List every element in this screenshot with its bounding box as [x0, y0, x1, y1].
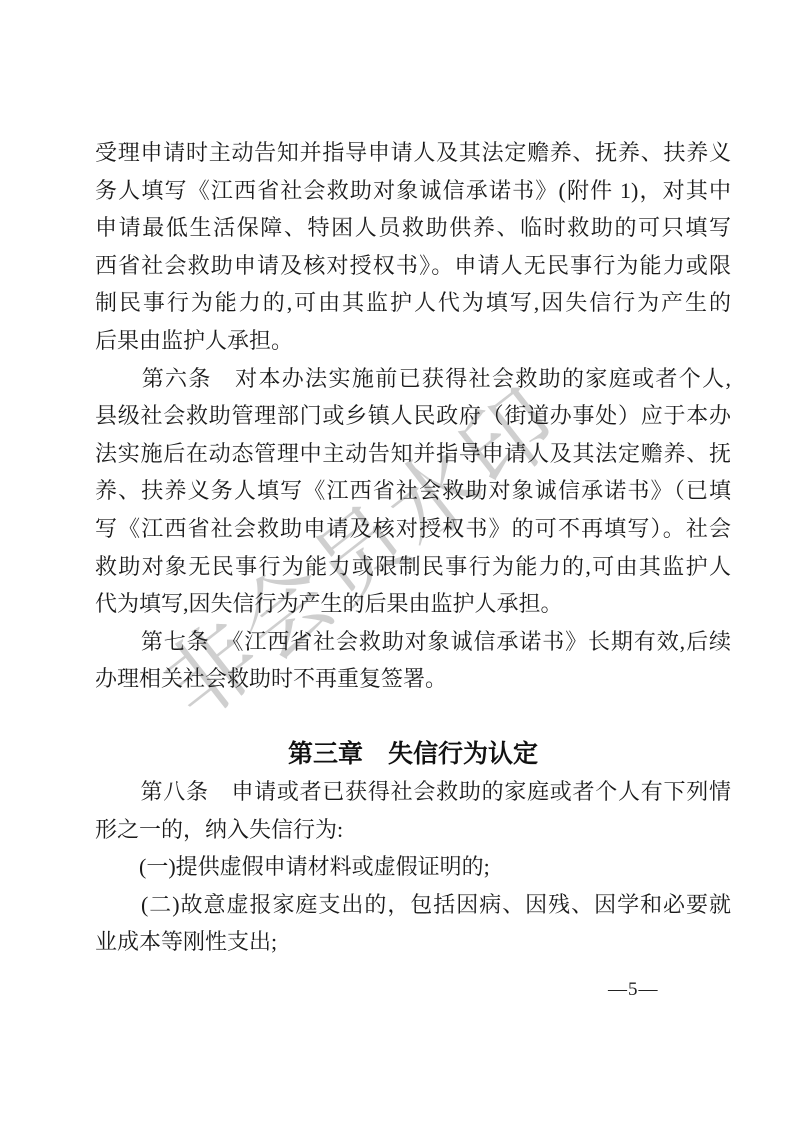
document-page: 非会员水印 受理申请时主动告知并指导申请人及其法定赡养、抚养、扶养义 务人填写《…	[0, 0, 793, 1123]
paragraph-article-8: 第八条 申请或者已获得社会救助的家庭或者个人有下列情 形之一的，纳入失信行为:	[95, 773, 731, 848]
text-line: 西省社会救助申请及核对授权书》。申请人无民事行为能力或限	[95, 247, 731, 285]
text-line: 制民事行为能力的,可由其监护人代为填写,因失信行为产生的	[95, 284, 731, 322]
text-line: 业成本等刚性支出;	[95, 923, 731, 961]
blank-line	[95, 698, 731, 736]
paragraph-article-7: 第七条 《江西省社会救助对象诚信承诺书》长期有效,后续 办理相关社会救助时不再重…	[95, 623, 731, 698]
text-line: 救助对象无民事行为能力或限制民事行为能力的,可由其监护人	[95, 548, 731, 586]
text-line: 受理申请时主动告知并指导申请人及其法定赡养、抚养、扶养义	[95, 134, 731, 172]
text-line: 第八条 申请或者已获得社会救助的家庭或者个人有下列情	[95, 773, 731, 811]
text-line: 务人填写《江西省社会救助对象诚信承诺书》(附件 1)，对其中	[95, 172, 731, 210]
list-item-1: (一)提供虚假申请材料或虚假证明的;	[95, 848, 731, 886]
text-line: 办理相关社会救助时不再重复签署。	[95, 660, 731, 698]
text-line: 代为填写,因失信行为产生的后果由监护人承担。	[95, 585, 731, 623]
paragraph-continuation: 受理申请时主动告知并指导申请人及其法定赡养、抚养、扶养义 务人填写《江西省社会救…	[95, 134, 731, 360]
text-line: 养、扶养义务人填写《江西省社会救助对象诚信承诺书》（已填	[95, 472, 731, 510]
text-line: 后果由监护人承担。	[95, 322, 731, 360]
paragraph-article-6: 第六条 对本办法实施前已获得社会救助的家庭或者个人, 县级社会救助管理部门或乡镇…	[95, 360, 731, 623]
text-line: 第七条 《江西省社会救助对象诚信承诺书》长期有效,后续	[95, 623, 731, 661]
chapter-heading: 第三章 失信行为认定	[95, 736, 731, 774]
text-line: 第六条 对本办法实施前已获得社会救助的家庭或者个人,	[95, 360, 731, 398]
list-item-2: (二)故意虚报家庭支出的，包括因病、因残、因学和必要就 业成本等刚性支出;	[95, 886, 731, 961]
text-line: 写《江西省社会救助申请及核对授权书》的可不再填写）。社会	[95, 510, 731, 548]
text-line: 形之一的，纳入失信行为:	[95, 811, 731, 849]
text-line: 县级社会救助管理部门或乡镇人民政府（街道办事处）应于本办	[95, 397, 731, 435]
text-line: 法实施后在动态管理中主动告知并指导申请人及其法定赡养、抚	[95, 435, 731, 473]
text-line: (一)提供虚假申请材料或虚假证明的;	[95, 848, 731, 886]
page-number: —5—	[608, 979, 659, 1001]
document-body: 受理申请时主动告知并指导申请人及其法定赡养、抚养、扶养义 务人填写《江西省社会救…	[95, 134, 731, 961]
text-line: (二)故意虚报家庭支出的，包括因病、因残、因学和必要就	[95, 886, 731, 924]
text-line: 申请最低生活保障、特困人员救助供养、临时救助的可只填写《江	[95, 209, 731, 247]
